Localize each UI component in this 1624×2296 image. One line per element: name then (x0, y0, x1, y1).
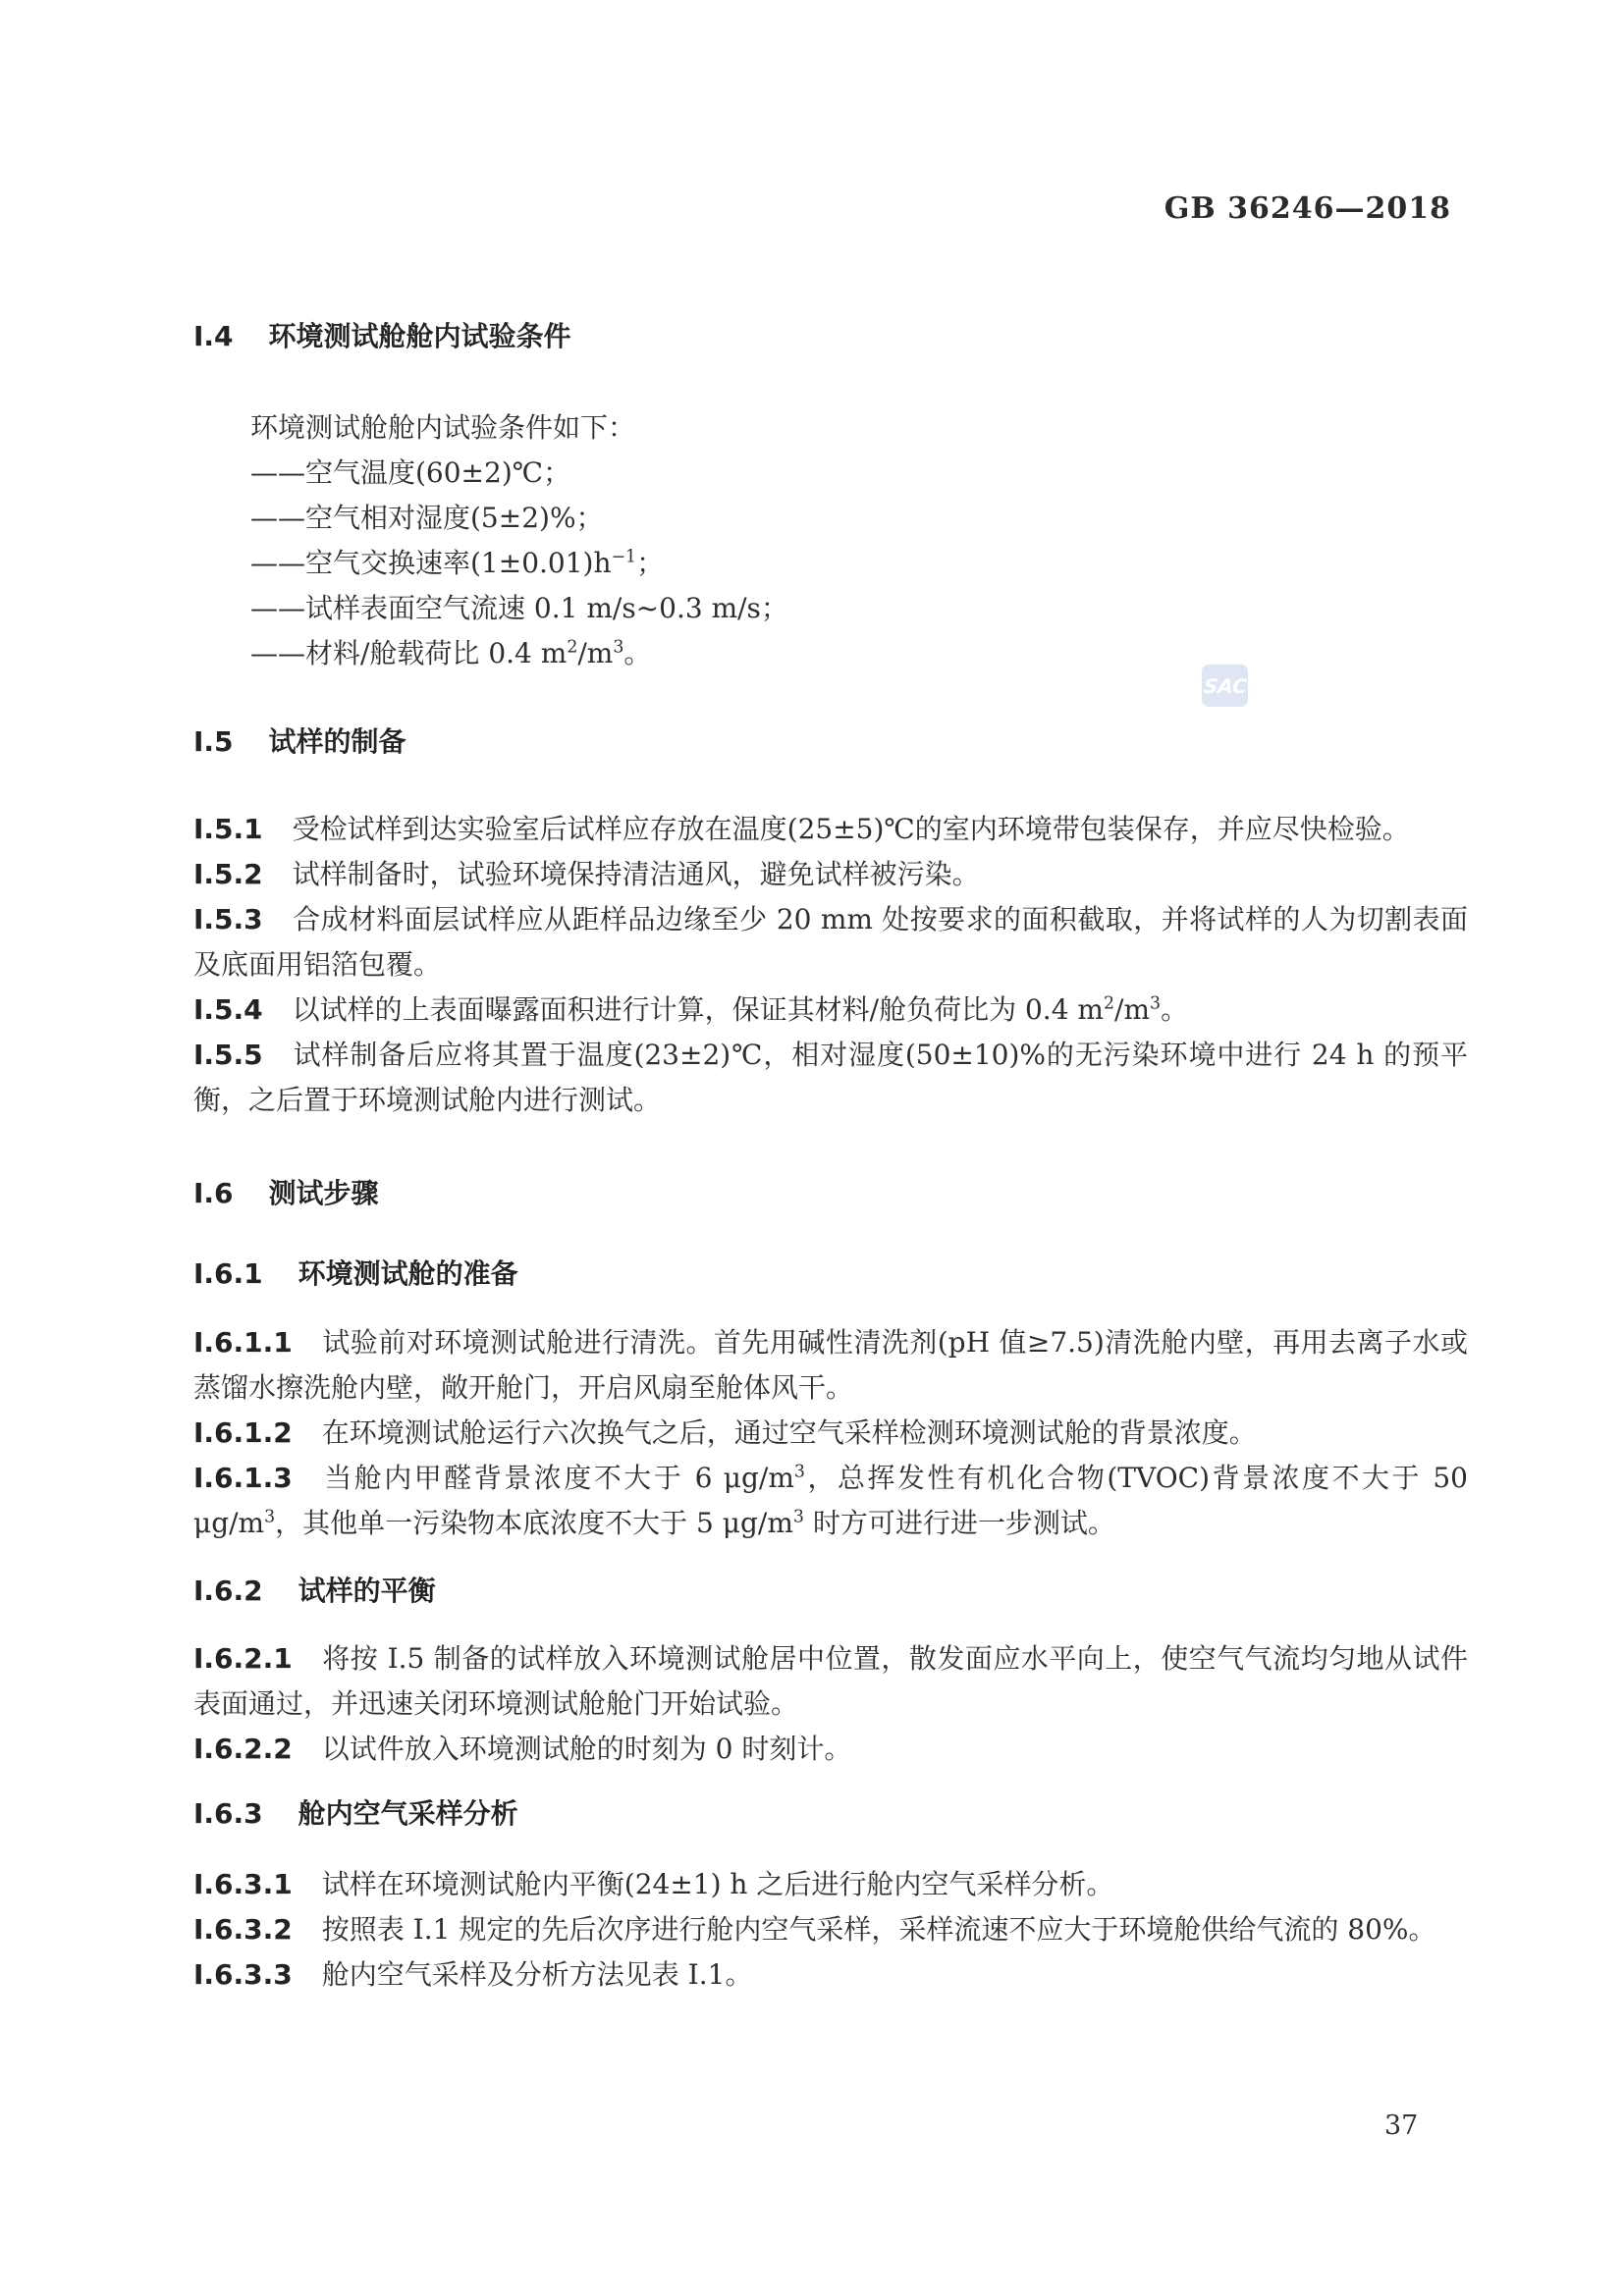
section-heading-I.4: I.4环境测试舱舱内试验条件 (193, 314, 1468, 359)
intro-paragraph: 环境测试舱舱内试验条件如下： (193, 405, 1468, 451)
dash-lead: —— (250, 456, 305, 489)
section-number: I.6.1 (193, 1257, 263, 1290)
clause-number: I.6.2.1 (193, 1642, 293, 1675)
section-heading-I.6: I.6测试步骤 (193, 1171, 1468, 1216)
dash-list-item: ——试样表面空气流速 0.1 m/s~0.3 m/s； (193, 586, 1468, 631)
standard-document-page: GB 36246—2018 SAC I.4环境测试舱舱内试验条件环境测试舱舱内试… (0, 0, 1624, 2296)
clause-text: 试样制备后应将其置于温度(23±2)℃，相对湿度(50±10)%的无污染环境中进… (193, 1039, 1468, 1116)
content: I.4环境测试舱舱内试验条件环境测试舱舱内试验条件如下：——空气温度(60±2)… (193, 0, 1468, 1998)
superscript: 3 (264, 1508, 275, 1527)
section-title: 环境测试舱的准备 (298, 1257, 518, 1290)
section-number: I.4 (193, 320, 234, 352)
superscript: 2 (567, 638, 577, 658)
clause-text: 将按 I.5 制备的试样放入环境测试舱居中位置，散发面应水平向上，使空气气流均匀… (193, 1642, 1468, 1720)
clause-number: I.5.4 (193, 993, 263, 1026)
clause-I.6.3.1: I.6.3.1试样在环境测试舱内平衡(24±1) h 之后进行舱内空气采样分析。 (193, 1862, 1468, 1907)
clause-text: 材料/舱载荷比 0.4 m2/m3。 (305, 637, 651, 669)
section-title: 测试步骤 (269, 1177, 379, 1209)
clause-I.5.5: I.5.5试样制备后应将其置于温度(23±2)℃，相对湿度(50±10)%的无污… (193, 1033, 1468, 1123)
clause-number: I.6.3.3 (193, 1958, 293, 1991)
clause-text: 合成材料面层试样应从距样品边缘至少 20 mm 处按要求的面积截取，并将试样的人… (193, 903, 1468, 981)
clause-text: 空气温度(60±2)℃； (305, 456, 570, 489)
clause-number: I.6.2.2 (193, 1733, 293, 1765)
clause-I.5.4: I.5.4以试样的上表面曝露面积进行计算，保证其材料/舱负荷比为 0.4 m2/… (193, 988, 1468, 1033)
clause-number: I.6.1.1 (193, 1326, 293, 1359)
clause-group: I.6.2.1将按 I.5 制备的试样放入环境测试舱居中位置，散发面应水平向上，… (193, 1636, 1468, 1772)
superscript: 2 (1104, 994, 1114, 1014)
clause-text: 受检试样到达实验室后试样应存放在温度(25±5)℃的室内环境带包装保存，并应尽快… (293, 813, 1410, 845)
section-number: I.5 (193, 725, 234, 758)
clause-I.5.2: I.5.2试样制备时，试验环境保持清洁通风，避免试样被污染。 (193, 852, 1468, 897)
clause-number: I.5.3 (193, 903, 263, 935)
clause-text: 试验前对环境测试舱进行清洗。首先用碱性清洗剂(pH 值≥7.5)清洗舱内壁，再用… (193, 1326, 1468, 1404)
dash-lead: —— (250, 547, 305, 579)
clause-text: 试样表面空气流速 0.1 m/s~0.3 m/s； (305, 592, 788, 624)
superscript: 3 (1150, 994, 1161, 1014)
section-title: 试样的平衡 (298, 1575, 436, 1607)
clause-text: 以试样的上表面曝露面积进行计算，保证其材料/舱负荷比为 0.4 m2/m3。 (293, 993, 1188, 1026)
clause-I.6.1.3: I.6.1.3当舱内甲醛背景浓度不大于 6 μg/m3，总挥发性有机化合物(TV… (193, 1456, 1468, 1546)
superscript: −1 (612, 548, 637, 567)
clause-group: I.6.3.1试样在环境测试舱内平衡(24±1) h 之后进行舱内空气采样分析。… (193, 1862, 1468, 1998)
clause-I.6.1.1: I.6.1.1试验前对环境测试舱进行清洗。首先用碱性清洗剂(pH 值≥7.5)清… (193, 1320, 1468, 1411)
clause-text: 当舱内甲醛背景浓度不大于 6 μg/m3，总挥发性有机化合物(TVOC)背景浓度… (193, 1462, 1468, 1539)
clause-number: I.5.5 (193, 1039, 263, 1071)
clause-number: I.6.1.3 (193, 1462, 293, 1494)
clause-group: 环境测试舱舱内试验条件如下：——空气温度(60±2)℃；——空气相对湿度(5±2… (193, 405, 1468, 676)
section-number: I.6 (193, 1177, 234, 1209)
section-title: 试样的制备 (269, 725, 406, 758)
section-heading-I.6.3: I.6.3舱内空气采样分析 (193, 1791, 1468, 1837)
clause-group: I.5.1受检试样到达实验室后试样应存放在温度(25±5)℃的室内环境带包装保存… (193, 807, 1468, 1123)
clause-number: I.6.3.1 (193, 1868, 293, 1900)
clause-text: 空气交换速率(1±0.01)h−1； (305, 547, 664, 579)
superscript: 3 (793, 1508, 804, 1527)
page-number: 37 (1384, 2110, 1418, 2141)
clause-I.6.1.2: I.6.1.2在环境测试舱运行六次换气之后，通过空气采样检测环境测试舱的背景浓度… (193, 1411, 1468, 1456)
clause-text: 在环境测试舱运行六次换气之后，通过空气采样检测环境测试舱的背景浓度。 (322, 1416, 1257, 1449)
clause-text: 以试件放入环境测试舱的时刻为 0 时刻计。 (322, 1733, 852, 1765)
dash-list-item: ——空气相对湿度(5±2)%； (193, 496, 1468, 541)
clause-text: 试样在环境测试舱内平衡(24±1) h 之后进行舱内空气采样分析。 (322, 1868, 1114, 1900)
clause-group: I.6.1.1试验前对环境测试舱进行清洗。首先用碱性清洗剂(pH 值≥7.5)清… (193, 1320, 1468, 1546)
clause-text: 按照表 I.1 规定的先后次序进行舱内空气采样，采样流速不应大于环境舱供给气流的… (322, 1913, 1436, 1946)
section-heading-I.6.1: I.6.1环境测试舱的准备 (193, 1252, 1468, 1297)
dash-lead: —— (250, 637, 305, 669)
section-number: I.6.3 (193, 1797, 263, 1830)
clause-text: 空气相对湿度(5±2)%； (305, 502, 604, 534)
clause-I.5.1: I.5.1受检试样到达实验室后试样应存放在温度(25±5)℃的室内环境带包装保存… (193, 807, 1468, 852)
clause-I.6.3.2: I.6.3.2按照表 I.1 规定的先后次序进行舱内空气采样，采样流速不应大于环… (193, 1907, 1468, 1952)
dash-list-item: ——空气温度(60±2)℃； (193, 451, 1468, 496)
clause-text: 试样制备时，试验环境保持清洁通风，避免试样被污染。 (293, 858, 980, 890)
clause-number: I.6.1.2 (193, 1416, 293, 1449)
clause-number: I.5.2 (193, 858, 263, 890)
clause-text: 舱内空气采样及分析方法见表 I.1。 (322, 1958, 753, 1991)
superscript: 3 (794, 1463, 805, 1482)
clause-I.6.2.2: I.6.2.2以试件放入环境测试舱的时刻为 0 时刻计。 (193, 1727, 1468, 1772)
section-number: I.6.2 (193, 1575, 263, 1607)
dash-lead: —— (250, 592, 305, 624)
clause-number: I.5.1 (193, 813, 263, 845)
section-title: 环境测试舱舱内试验条件 (269, 320, 571, 352)
clause-I.5.3: I.5.3合成材料面层试样应从距样品边缘至少 20 mm 处按要求的面积截取，并… (193, 897, 1468, 988)
dash-list-item: ——材料/舱载荷比 0.4 m2/m3。 (193, 631, 1468, 676)
superscript: 3 (613, 638, 623, 658)
dash-lead: —— (250, 502, 305, 534)
section-title: 舱内空气采样分析 (298, 1797, 518, 1830)
section-heading-I.6.2: I.6.2试样的平衡 (193, 1569, 1468, 1614)
dash-list-item: ——空气交换速率(1±0.01)h−1； (193, 541, 1468, 586)
clause-I.6.2.1: I.6.2.1将按 I.5 制备的试样放入环境测试舱居中位置，散发面应水平向上，… (193, 1636, 1468, 1727)
clause-number: I.6.3.2 (193, 1913, 293, 1946)
clause-I.6.3.3: I.6.3.3舱内空气采样及分析方法见表 I.1。 (193, 1952, 1468, 1998)
section-heading-I.5: I.5试样的制备 (193, 720, 1468, 765)
clause-text: 环境测试舱舱内试验条件如下： (250, 411, 635, 444)
